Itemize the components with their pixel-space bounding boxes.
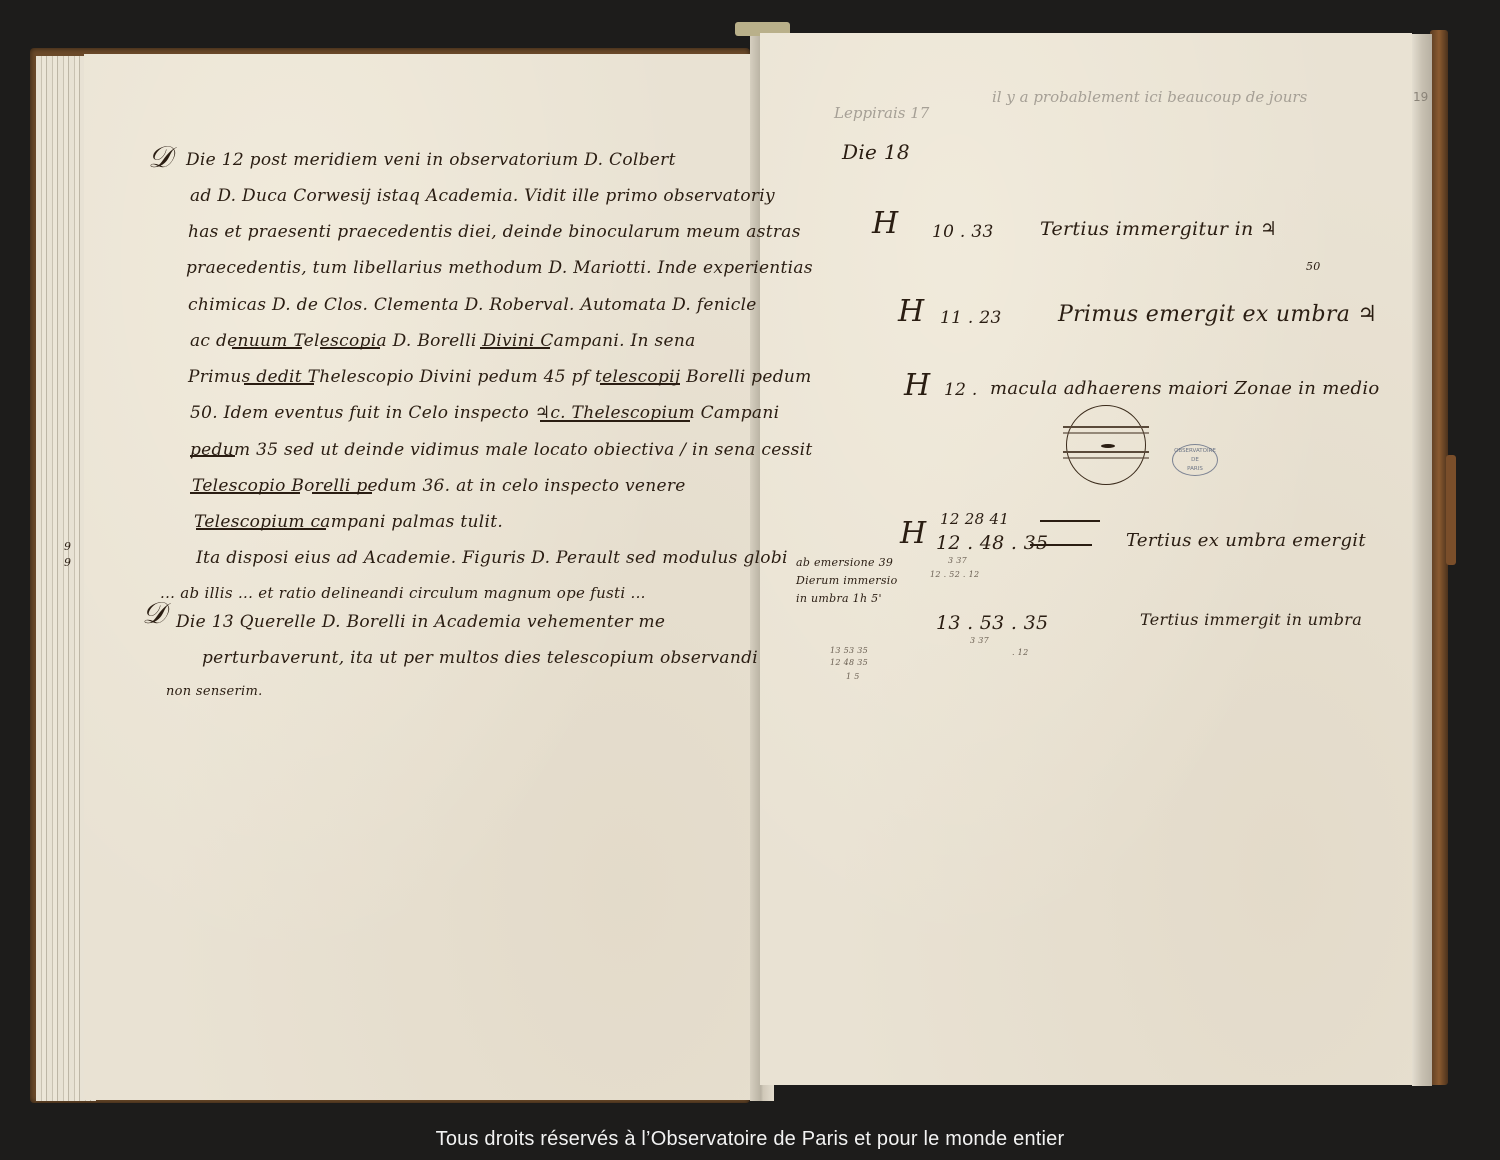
manuscript-line: pedum 35 sed ut deinde vidimus male loca… — [190, 440, 813, 460]
page-edges-right — [1412, 34, 1432, 1086]
entry-initial: 𝒟 — [148, 140, 172, 175]
stamp-line: PARIS — [1173, 465, 1217, 474]
hour-symbol: H — [898, 294, 924, 329]
hour-symbol: H — [872, 206, 898, 241]
hour-symbol: H — [904, 368, 930, 403]
margin-calc: 1 5 — [846, 672, 860, 681]
entry-superscript: 50 — [1306, 260, 1321, 273]
underline — [196, 528, 326, 530]
underline — [190, 492, 300, 494]
underline — [320, 347, 380, 349]
entry-heading: Die 18 — [842, 140, 910, 164]
margin-calc: 12 48 35 — [830, 658, 868, 667]
manuscript-line: has et praesenti praecedentis diei, dein… — [188, 222, 801, 242]
manuscript-line: non senserim. — [166, 684, 263, 699]
entry-time: 11 . 23 — [940, 308, 1002, 328]
left-page — [84, 54, 760, 1100]
underline — [1040, 520, 1100, 522]
entry-initial: 𝒟 — [142, 596, 166, 631]
entry-text: Tertius ex umbra emergit — [1126, 530, 1366, 551]
underline — [244, 383, 314, 385]
underline — [190, 455, 235, 457]
hour-symbol: H — [900, 516, 926, 551]
stamp-line: DE — [1173, 456, 1217, 465]
planet-spot — [1101, 444, 1115, 448]
margin-mark: 9 — [64, 540, 71, 553]
planet-band — [1063, 432, 1149, 434]
manuscript-line: praecedentis, tum libellarius methodum D… — [186, 258, 813, 278]
underline — [232, 347, 302, 349]
margin-note-line: ab emersione 39 — [796, 556, 893, 569]
underline — [540, 420, 690, 422]
manuscript-line: ... ab illis ... et ratio delineandi cir… — [160, 584, 646, 602]
copyright-credit: Tous droits réservés à l’Observatoire de… — [0, 1128, 1500, 1151]
manuscript-line: Die 12 post meridiem veni in observatori… — [186, 150, 676, 170]
underline — [600, 383, 680, 385]
entry-text: Tertius immergit in umbra — [1140, 610, 1362, 629]
margin-note-line: Dierum immersio — [796, 574, 898, 587]
manuscript-line: 50. Idem eventus fuit in Celo inspecto ♃… — [190, 403, 779, 423]
jupiter-sketch — [1066, 405, 1146, 485]
manuscript-line: chimicas D. de Clos. Clementa D. Roberva… — [188, 295, 757, 315]
entry-text: Tertius immergitur in ♃ — [1040, 218, 1277, 240]
underline — [312, 492, 372, 494]
margin-note-line: in umbra 1h 5' — [796, 592, 882, 605]
margin-mark: 9 — [64, 556, 71, 569]
entry-text: Primus emergit ex umbra ♃ — [1058, 302, 1377, 327]
margin-calc: 13 53 35 — [830, 646, 868, 655]
calc-note: 3 37 — [948, 556, 967, 565]
manuscript-viewer: 𝒟 Die 12 post meridiem veni in observato… — [0, 0, 1500, 1160]
underline — [480, 347, 550, 349]
entry-time-above: 12 28 41 — [940, 510, 1009, 528]
planet-band — [1063, 426, 1149, 428]
pencil-date-correction: Leppirais 17 — [834, 104, 929, 122]
entry-text: macula adhaerens maiori Zonae in medio — [990, 378, 1380, 399]
manuscript-line: Die 13 Querelle D. Borelli in Academia v… — [176, 612, 665, 632]
planet-band — [1063, 457, 1149, 459]
manuscript-line: perturbaverunt, ita ut per multos dies t… — [202, 648, 758, 668]
dash-rule — [1030, 544, 1092, 546]
entry-time: 12 . 48 . 35 — [936, 532, 1048, 554]
pencil-annotation: il y a probablement ici beaucoup de jour… — [992, 88, 1307, 106]
entry-time: 12 . — [944, 380, 978, 400]
planet-band — [1063, 451, 1149, 453]
stamp-line: OBSERVATOIRE — [1173, 447, 1217, 456]
calc-note: 3 37 — [970, 636, 989, 645]
calc-note: . 12 — [1012, 648, 1028, 657]
manuscript-line: ad D. Duca Corwesij istaq Academia. Vidi… — [190, 186, 775, 206]
manuscript-line: Ita disposi eius ad Academie. Figuris D.… — [196, 548, 788, 568]
entry-time: 10 . 33 — [932, 222, 994, 242]
calc-note: 12 . 52 . 12 — [930, 570, 979, 579]
entry-time: 13 . 53 . 35 — [936, 612, 1048, 634]
folio-number: 19 — [1413, 90, 1428, 104]
book-cover-tab — [1446, 455, 1456, 565]
library-stamp: OBSERVATOIRE DE PARIS — [1172, 444, 1218, 476]
